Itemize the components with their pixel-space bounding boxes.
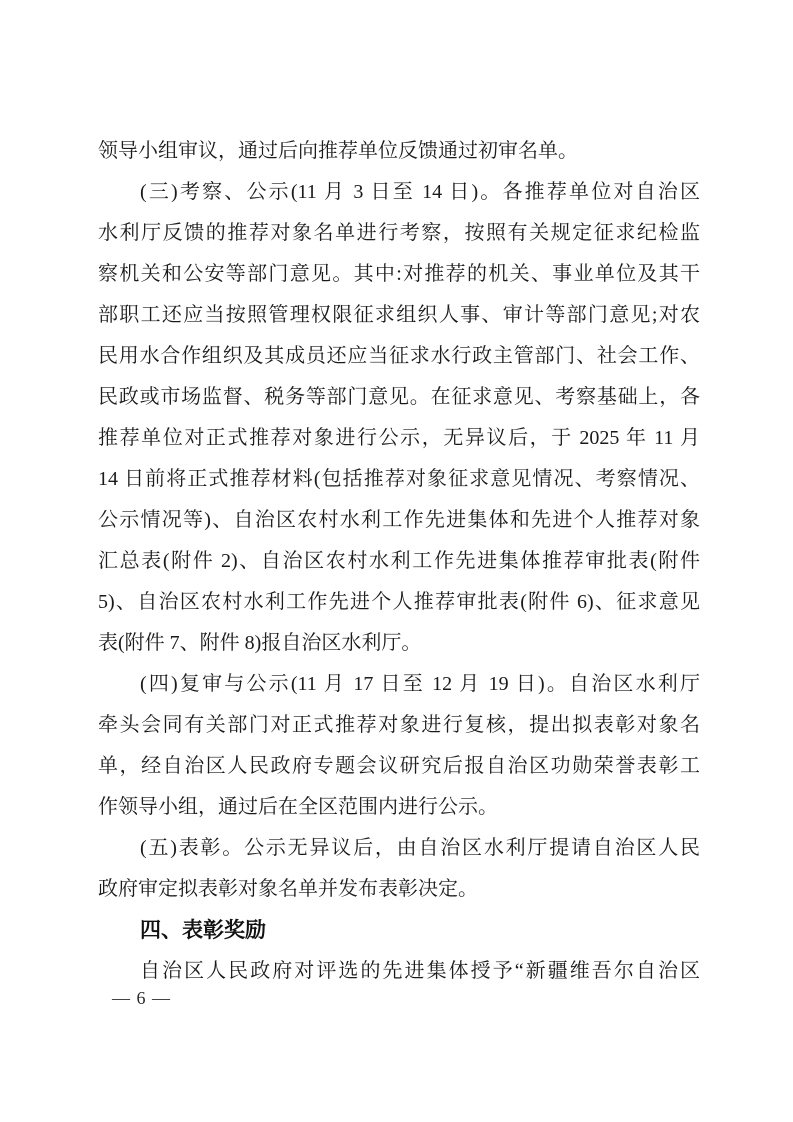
document-line: 公示情况等)、自治区农村水利工作先进集体和先进个人推荐对象 [98,500,700,541]
document-line: 政府审定拟表彰对象名单并发布表彰决定。 [98,869,700,910]
document-line: 领导小组审议，通过后向推荐单位反馈通过初审名单。 [98,131,700,172]
document-line: 部职工还应当按照管理权限征求组织人事、审计等部门意见;对农 [98,295,700,336]
document-body: 领导小组审议，通过后向推荐单位反馈通过初审名单。(三)考察、公示(11 月 3 … [98,131,700,992]
document-line: (五)表彰。公示无异议后，由自治区水利厅提请自治区人民 [98,828,700,869]
document-line: 水利厅反馈的推荐对象名单进行考察，按照有关规定征求纪检监 [98,213,700,254]
document-line: 作领导小组，通过后在全区范围内进行公示。 [98,787,700,828]
document-line: 自治区人民政府对评选的先进集体授予“新疆维吾尔自治区 [98,951,700,992]
page-number: — 6 — [112,986,171,1010]
section-heading: 四、表彰奖励 [98,910,700,951]
document-line: 民用水合作组织及其成员还应当征求水行政主管部门、社会工作、 [98,336,700,377]
document-page: 领导小组审议，通过后向推荐单位反馈通过初审名单。(三)考察、公示(11 月 3 … [0,0,793,1122]
document-line: 单，经自治区人民政府专题会议研究后报自治区功勋荣誉表彰工 [98,746,700,787]
document-line: 牵头会同有关部门对正式推荐对象进行复核，提出拟表彰对象名 [98,705,700,746]
document-line: (四)复审与公示(11 月 17 日至 12 月 19 日)。自治区水利厅 [98,664,700,705]
document-line: 5)、自治区农村水利工作先进个人推荐审批表(附件 6)、征求意见 [98,582,700,623]
document-line: 民政或市场监督、税务等部门意见。在征求意见、考察基础上，各 [98,377,700,418]
document-line: 推荐单位对正式推荐对象进行公示，无异议后，于 2025 年 11 月 [98,418,700,459]
document-line: 察机关和公安等部门意见。其中:对推荐的机关、事业单位及其干 [98,254,700,295]
document-line: 14 日前将正式推荐材料(包括推荐对象征求意见情况、考察情况、 [98,459,700,500]
document-line: 汇总表(附件 2)、自治区农村水利工作先进集体推荐审批表(附件 [98,541,700,582]
document-line: (三)考察、公示(11 月 3 日至 14 日)。各推荐单位对自治区 [98,172,700,213]
document-line: 表(附件 7、附件 8)报自治区水利厅。 [98,623,700,664]
